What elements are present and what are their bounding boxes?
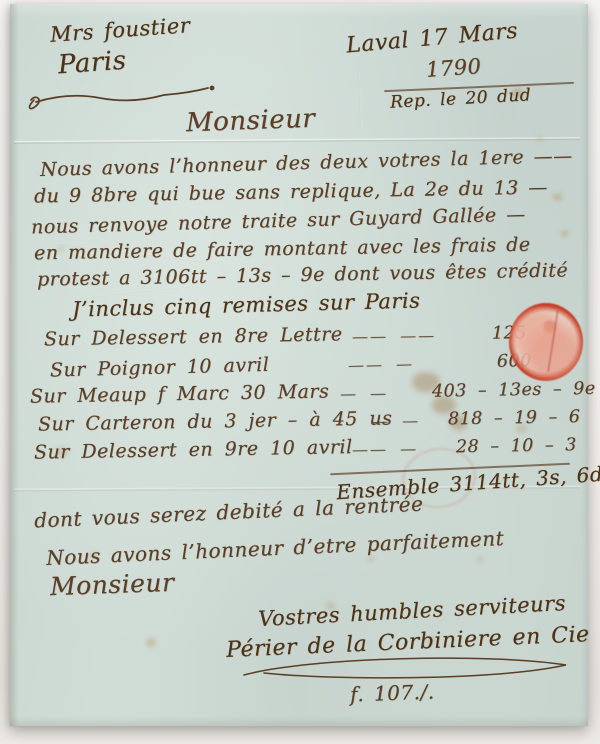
photo-of-letter: Mrs foustier Paris Laval 17 Mars 1790 Re…	[0, 0, 600, 744]
remise-label: Sur Delessert en 9re 10 avril	[34, 436, 353, 464]
foxing-spot	[368, 556, 375, 562]
leader-dashes: —— —	[348, 354, 415, 375]
foxing-spot	[146, 638, 156, 647]
dateline-year: 1790	[425, 54, 482, 82]
remise-label: Sur Meaup f Marc 30 Mars	[30, 380, 330, 407]
remise-label: Sur Delessert en 8re Lettre	[44, 323, 343, 350]
remise-label: Sur Poignor 10 avril	[50, 354, 270, 382]
foxing-spot	[553, 193, 562, 201]
salutation: Monsieur	[186, 104, 316, 138]
leader-dashes: —— ——	[352, 326, 436, 346]
folio-number: f. 107./.	[350, 680, 435, 707]
remise-amount: 818 – 19 – 6	[448, 407, 581, 429]
remise-amount: 28 – 10 – 3	[456, 435, 577, 457]
valediction-salutation: Monsieur	[50, 568, 175, 601]
foxing-spot	[561, 230, 568, 237]
foxing-spot	[476, 556, 484, 563]
red-wax-seal	[509, 303, 583, 381]
leader-dashes: — —	[372, 411, 420, 431]
remise-amount: 403 – 13es – 9e	[432, 379, 596, 402]
foxing-spot	[537, 136, 543, 142]
leader-dashes: — —	[340, 383, 388, 403]
leader-dashes: —— —	[352, 439, 418, 459]
